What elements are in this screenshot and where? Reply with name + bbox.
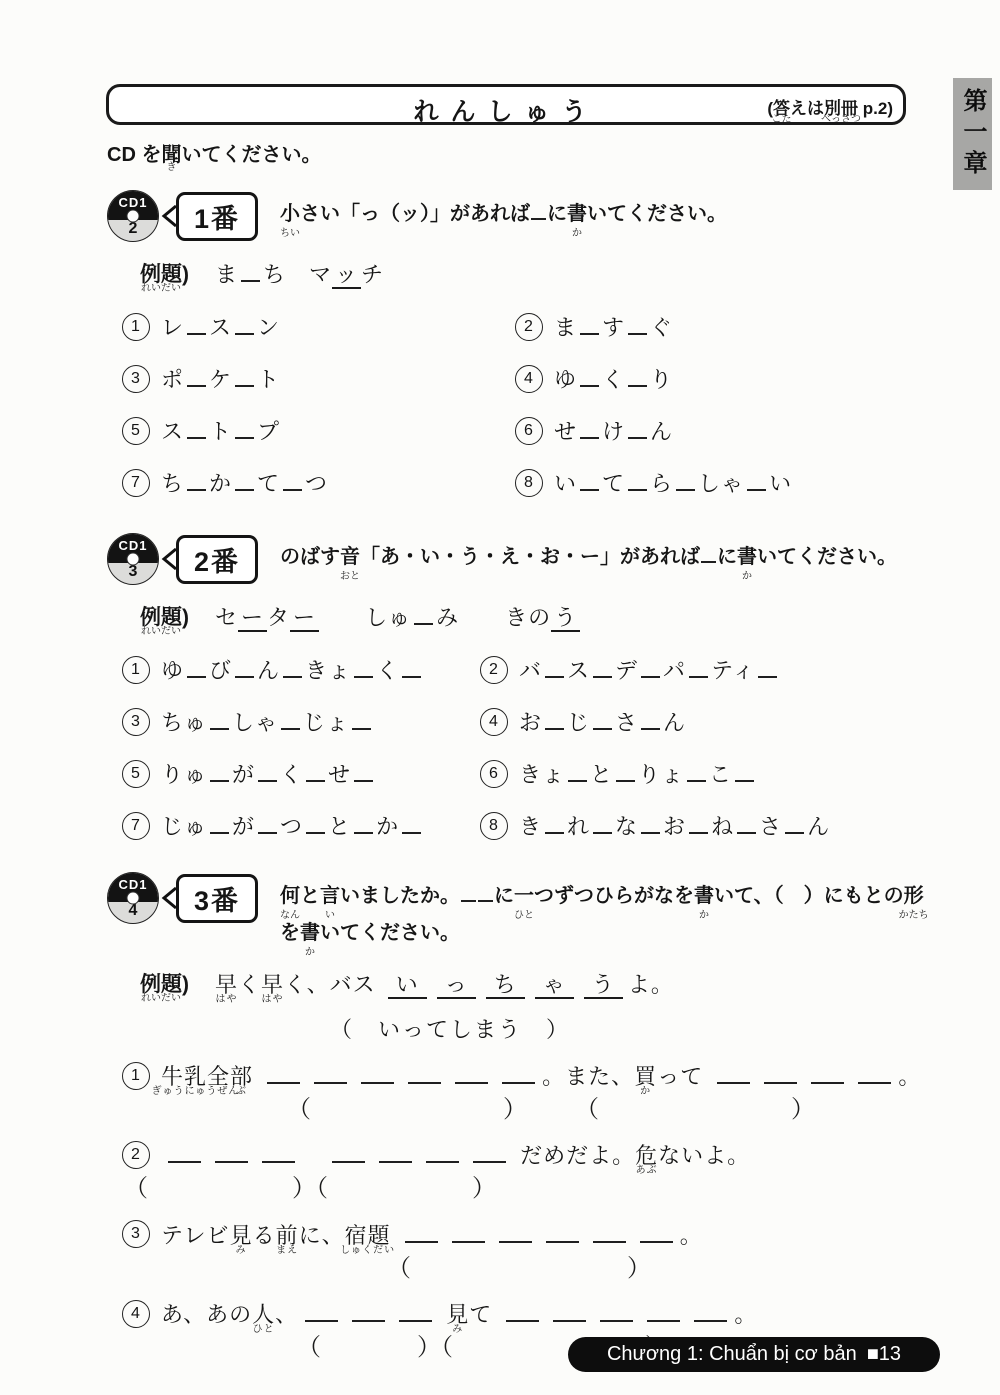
- item-number: 8: [515, 469, 543, 497]
- item-number: 3: [122, 708, 150, 736]
- item-row: 1ゆびんきょく: [122, 654, 480, 685]
- item-number: 6: [515, 417, 543, 445]
- item-number: 5: [122, 760, 150, 788]
- item-text: 牛乳全ぎゅうにゅうぜん部ぶ 。また、買かって 。: [161, 1060, 921, 1091]
- item-text: ゆびんきょく: [161, 654, 424, 685]
- item-text: ちゅしゃじょ: [161, 706, 374, 737]
- item-text: りゅがくせ: [161, 758, 376, 789]
- item-number: 3: [122, 365, 150, 393]
- section-2-header: CD1 3 2番 のばす音おと「あ・い・う・え・お・ー」があればに書かいてくださ…: [107, 533, 897, 585]
- item-row: 7じゅがつとか: [122, 810, 480, 841]
- item-text: いてらしゃい: [554, 467, 792, 498]
- item-text: だめだよ。危あぶないよ。: [161, 1139, 750, 1170]
- example-row: 例題れいだい) まち マッチ: [140, 258, 792, 289]
- example-text: まち マッチ: [215, 258, 384, 289]
- item-row: 7ちかてつ: [122, 467, 515, 498]
- answer-parens-row: （ ）: [387, 1256, 924, 1282]
- example-row: 例題れいだい) セーター しゅみ きのう: [140, 601, 897, 632]
- item-number: 4: [480, 708, 508, 736]
- item-row: 2ますぐ: [515, 311, 792, 342]
- item-number: 2: [122, 1141, 150, 1169]
- base-form-note: （ いってしまう ）: [330, 1013, 924, 1044]
- cd-hole-icon: [127, 210, 140, 223]
- item-number: 8: [480, 812, 508, 840]
- item-row: 2 だめだよ。危あぶないよ。 （ ）（ ）: [122, 1139, 924, 1202]
- item-row: 1牛乳全ぎゅうにゅうぜん部ぶ 。また、買かって 。 （ ） （ ）: [122, 1060, 924, 1123]
- item-text: あ、あの人ひと、 見みて 。: [161, 1298, 757, 1329]
- footer-pill: Chương 1: Chuẩn bị cơ bản ■13: [568, 1337, 940, 1372]
- example-label: 例題れいだい): [140, 258, 189, 288]
- item-number: 2: [515, 313, 543, 341]
- item-row: 8きれなおねさん: [480, 810, 897, 841]
- item-row: 3テレビ見みる前まえに、宿題しゅくだい 。 （ ）: [122, 1219, 924, 1282]
- section-1-items: 1レスン 2ますぐ 3ポケト 4ゆくり 5ストプ 6せけん 7ちかてつ 8いてら…: [122, 311, 792, 498]
- section-2-instruction: のばす音おと「あ・い・う・え・お・ー」があればに書かいてください。: [280, 533, 897, 576]
- cd-instruction: CD を聞きいてください。: [107, 138, 321, 167]
- section-1-instruction: 小ちいさい「っ（ッ）」があればに書かいてください。: [280, 190, 727, 233]
- item-text: せけん: [554, 415, 673, 446]
- item-text: じゅがつとか: [161, 810, 424, 841]
- item-number: 4: [122, 1300, 150, 1328]
- item-number: 6: [480, 760, 508, 788]
- cd-disc-icon: CD1 2: [107, 190, 159, 242]
- item-text: きれなおねさん: [519, 810, 830, 841]
- cd-hole-icon: [127, 892, 140, 905]
- answer-note: (答こたえは別冊べっさつ p.2): [767, 94, 893, 119]
- item-number: 1: [122, 656, 150, 684]
- section-2-items: 1ゆびんきょく 2バスデパティ 3ちゅしゃじょ 4おじさん 5りゅがくせ 6きょ…: [122, 654, 897, 841]
- item-row: 1レスン: [122, 311, 515, 342]
- item-text: ゆくり: [554, 363, 673, 394]
- example-text: 早はやく早はやく、バス いっちゃうよ。: [215, 968, 674, 999]
- item-text: テレビ見みる前まえに、宿題しゅくだい 。: [161, 1219, 703, 1250]
- header-box: れんしゅう (答こたえは別冊べっさつ p.2): [106, 84, 906, 125]
- section-number-box: 3番: [176, 874, 258, 923]
- section-1: CD1 2 1番 小ちいさい「っ（ッ）」があればに書かいてください。 例題れいだ…: [107, 190, 792, 498]
- item-text: レスン: [161, 311, 280, 342]
- example-label: 例題れいだい): [140, 601, 189, 631]
- item-row: 3ポケト: [122, 363, 515, 394]
- item-number: 5: [122, 417, 150, 445]
- section-number-box: 1番: [176, 192, 258, 241]
- item-text: きょとりょこ: [519, 758, 757, 789]
- item-number: 7: [122, 469, 150, 497]
- example-row: 例題れいだい) 早はやく早はやく、バス いっちゃうよ。: [140, 968, 924, 999]
- item-row: 5りゅがくせ: [122, 758, 480, 789]
- section-number-box: 2番: [176, 535, 258, 584]
- item-text: ちかてつ: [161, 467, 328, 498]
- item-number: 2: [480, 656, 508, 684]
- section-2: CD1 3 2番 のばす音おと「あ・い・う・え・お・ー」があればに書かいてくださ…: [107, 533, 897, 841]
- instruction-line-2: を書かいてください。: [280, 915, 924, 952]
- item-text: バスデパティ: [519, 654, 780, 685]
- item-number: 3: [122, 1220, 150, 1248]
- item-row: 6きょとりょこ: [480, 758, 897, 789]
- section-3: CD1 4 3番 何なんと言いいましたか。に一ひとつずつひらがなを書かいて、（ …: [107, 872, 924, 1362]
- section-1-header: CD1 2 1番 小ちいさい「っ（ッ）」があればに書かいてください。: [107, 190, 792, 242]
- item-text: ポケト: [161, 363, 280, 394]
- example-label: 例題れいだい): [140, 968, 189, 998]
- item-row: 8いてらしゃい: [515, 467, 792, 498]
- item-text: おじさん: [519, 706, 686, 737]
- cd-disc-icon: CD1 3: [107, 533, 159, 585]
- item-number: 1: [122, 1062, 150, 1090]
- item-row: 2バスデパティ: [480, 654, 897, 685]
- answer-parens-row: （ ）（ ）: [124, 1176, 924, 1202]
- item-number: 1: [122, 313, 150, 341]
- example-text: セーター しゅみ きのう: [215, 601, 580, 632]
- instruction-line-1: 何なんと言いいましたか。に一ひとつずつひらがなを書かいて、（ ）にもとの形かたち: [280, 878, 924, 915]
- item-text: ストプ: [161, 415, 280, 446]
- item-row: 3ちゅしゃじょ: [122, 706, 480, 737]
- page-number: ■13: [867, 1343, 901, 1366]
- section-3-instruction: 何なんと言いいましたか。に一ひとつずつひらがなを書かいて、（ ）にもとの形かたち…: [280, 872, 924, 952]
- cd-disc-icon: CD1 4: [107, 872, 159, 924]
- answer-parens-row: （ ） （ ）: [287, 1097, 924, 1123]
- item-row: 5ストプ: [122, 415, 515, 446]
- item-number: 4: [515, 365, 543, 393]
- item-row: 4おじさん: [480, 706, 897, 737]
- item-row: 6せけん: [515, 415, 792, 446]
- cd-hole-icon: [127, 553, 140, 566]
- item-text: ますぐ: [554, 311, 673, 342]
- item-row: 4ゆくり: [515, 363, 792, 394]
- item-number: 7: [122, 812, 150, 840]
- section-3-header: CD1 4 3番 何なんと言いいましたか。に一ひとつずつひらがなを書かいて、（ …: [107, 872, 924, 952]
- footer-text: Chương 1: Chuẩn bị cơ bản: [607, 1343, 857, 1366]
- chapter-tab: 第一章: [953, 78, 992, 190]
- workbook-page: れんしゅう (答こたえは別冊べっさつ p.2) 第一章 CD を聞きいてください…: [0, 0, 1000, 1395]
